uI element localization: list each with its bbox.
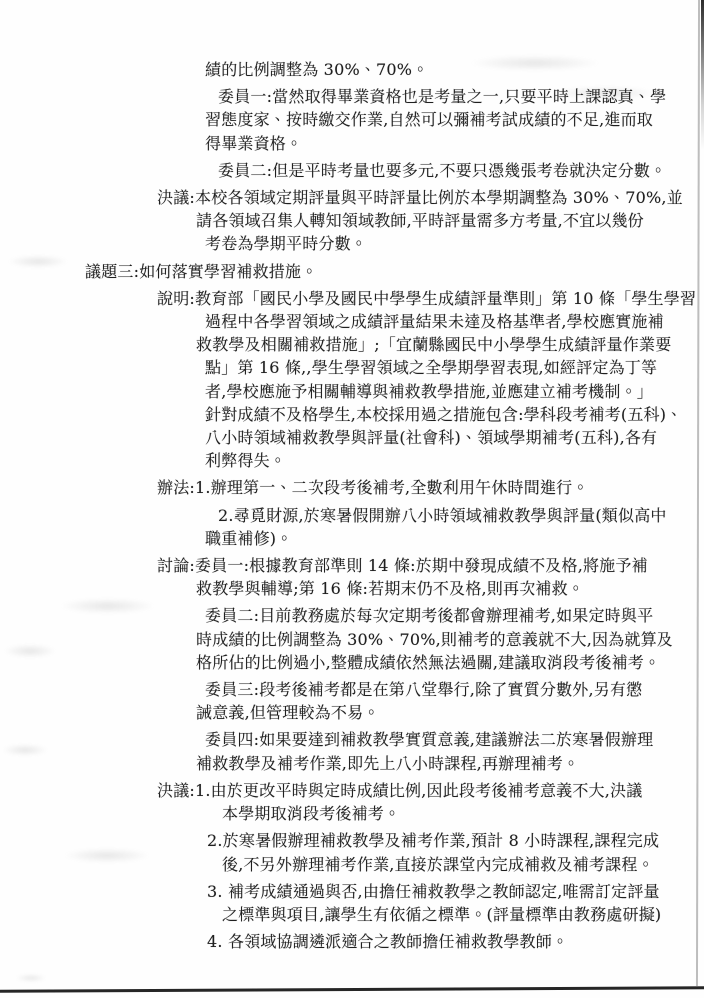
- text-line: 委員二:但是平時考量也要多元,不要只憑幾張考卷就決定分數。: [0, 159, 704, 182]
- paragraph: 委員四:如果要達到補救教學實質意義,建議辦法二於寒暑假辦理補救教學及補考作業,即…: [0, 728, 704, 774]
- text-line: 過程中各學習領域之成績評量結果未達及格基準者,學校應實施補: [0, 310, 704, 333]
- paragraph: 討論:委員一:根據教育部準則 14 條:於期中發現成績不及格,將施予補救教學與輔…: [0, 554, 704, 600]
- text-line: 4. 各領域協調遴派適合之教師擔任補救教學教師。: [0, 930, 704, 953]
- text-line: 本學期取消段考後補考。: [0, 802, 704, 825]
- text-line: 委員二:目前教務處於每次定期考後都會辦理補考,如果定時與平: [0, 604, 704, 627]
- text-line: 考卷為學期平時分數。: [0, 232, 704, 255]
- text-line: 之標準與項目,讓學生有依循之標準。(評量標準由教務處研擬): [0, 903, 704, 926]
- paragraph: 委員三:段考後補考都是在第八堂舉行,除了實質分數外,另有懲誡意義,但管理較為不易…: [0, 678, 704, 724]
- paragraph: 辦法:1.辦理第一、二次段考後補考,全數利用午休時間進行。: [0, 476, 704, 499]
- text-line: 八小時領域補救教學與評量(社會科)、領域學期補考(五科),各有: [0, 426, 704, 449]
- scanned-page: 績的比例調整為 30%、70%。委員一:當然取得畢業資格也是考量之一,只要平時上…: [0, 0, 704, 998]
- paragraph: 委員二:但是平時考量也要多元,不要只憑幾張考卷就決定分數。: [0, 159, 704, 182]
- paragraph: 績的比例調整為 30%、70%。: [0, 58, 704, 81]
- document-body: 績的比例調整為 30%、70%。委員一:當然取得畢業資格也是考量之一,只要平時上…: [0, 58, 704, 953]
- text-line: 格所佔的比例過小,整體成績依然無法過關,建議取消段考後補考。: [0, 651, 704, 674]
- text-line: 討論:委員一:根據教育部準則 14 條:於期中發現成績不及格,將施予補: [0, 554, 704, 577]
- text-line: 利弊得失。: [0, 449, 704, 472]
- text-line: 針對成績不及格學生,本校採用過之措施包含:學科段考補考(五科)、: [0, 403, 704, 426]
- text-line: 後,不另外辦理補考作業,直接於課堂內完成補救及補考課程。: [0, 853, 704, 876]
- text-line: 說明:教育部「國民小學及國民中學學生成績評量準則」第 10 條「學生學習: [0, 287, 704, 310]
- paragraph: 委員一:當然取得畢業資格也是考量之一,只要平時上課認真、學習態度家、按時繳交作業…: [0, 85, 704, 155]
- scan-edge-bottom: [0, 986, 704, 992]
- paragraph: 3. 補考成績通過與否,由擔任補救教學之教師認定,唯需訂定評量之標準與項目,讓學…: [0, 880, 704, 926]
- text-line: 者,學校應施予相關輔導與補救教學措施,並應建立補考機制。」: [0, 380, 704, 403]
- text-line: 時成績的比例調整為 30%、70%,則補考的意義就不大,因為就算及: [0, 628, 704, 651]
- text-line: 委員一:當然取得畢業資格也是考量之一,只要平時上課認真、學: [0, 85, 704, 108]
- text-line: 誡意義,但管理較為不易。: [0, 701, 704, 724]
- text-line: 救教學與輔導;第 16 條:若期末仍不及格,則再次補救。: [0, 577, 704, 600]
- paragraph: 4. 各領域協調遴派適合之教師擔任補救教學教師。: [0, 930, 704, 953]
- paragraph: 議題三:如何落實學習補救措施。: [0, 260, 704, 283]
- text-line: 救教學及相關補救措施」;「宜蘭縣國民中小學學生成績評量作業要: [0, 333, 704, 356]
- text-line: 點」第 16 條,,學生學習領域之全學期學習表現,如經評定為丁等: [0, 356, 704, 379]
- text-line: 補救教學及補考作業,即先上八小時課程,再辦理補考。: [0, 752, 704, 775]
- text-line: 得畢業資格。: [0, 132, 704, 155]
- text-line: 績的比例調整為 30%、70%。: [0, 58, 704, 81]
- text-line: 決議:本校各領域定期評量與平時評量比例於本學期調整為 30%、70%,並: [0, 186, 704, 209]
- text-line: 2.於寒暑假辦理補救教學及補考作業,預計 8 小時課程,課程完成: [0, 829, 704, 852]
- text-line: 委員三:段考後補考都是在第八堂舉行,除了實質分數外,另有懲: [0, 678, 704, 701]
- paragraph: 2.尋覓財源,於寒暑假開辦八小時領域補救教學與評量(類似高中職重補修)。: [0, 504, 704, 550]
- text-line: 職重補修)。: [0, 527, 704, 550]
- text-line: 議題三:如何落實學習補救措施。: [0, 260, 704, 283]
- text-line: 2.尋覓財源,於寒暑假開辦八小時領域補救教學與評量(類似高中: [0, 504, 704, 527]
- text-line: 辦法:1.辦理第一、二次段考後補考,全數利用午休時間進行。: [0, 476, 704, 499]
- text-line: 請各領域召集人轉知領域教師,平時評量需多方考量,不宜以幾份: [0, 209, 704, 232]
- paragraph: 決議:本校各領域定期評量與平時評量比例於本學期調整為 30%、70%,並請各領域…: [0, 186, 704, 256]
- paragraph: 決議:1.由於更改平時與定時成績比例,因此段考後補考意義不大,決議本學期取消段考…: [0, 779, 704, 825]
- paragraph: 2.於寒暑假辦理補救教學及補考作業,預計 8 小時課程,課程完成後,不另外辦理補…: [0, 829, 704, 875]
- scan-smudge: [16, 974, 46, 982]
- text-line: 3. 補考成績通過與否,由擔任補救教學之教師認定,唯需訂定評量: [0, 880, 704, 903]
- text-line: 委員四:如果要達到補救教學實質意義,建議辦法二於寒暑假辦理: [0, 728, 704, 751]
- paragraph: 委員二:目前教務處於每次定期考後都會辦理補考,如果定時與平時成績的比例調整為 3…: [0, 604, 704, 674]
- text-line: 習態度家、按時繳交作業,自然可以彌補考試成績的不足,進而取: [0, 108, 704, 131]
- text-line: 決議:1.由於更改平時與定時成績比例,因此段考後補考意義不大,決議: [0, 779, 704, 802]
- paragraph: 說明:教育部「國民小學及國民中學學生成績評量準則」第 10 條「學生學習過程中各…: [0, 287, 704, 473]
